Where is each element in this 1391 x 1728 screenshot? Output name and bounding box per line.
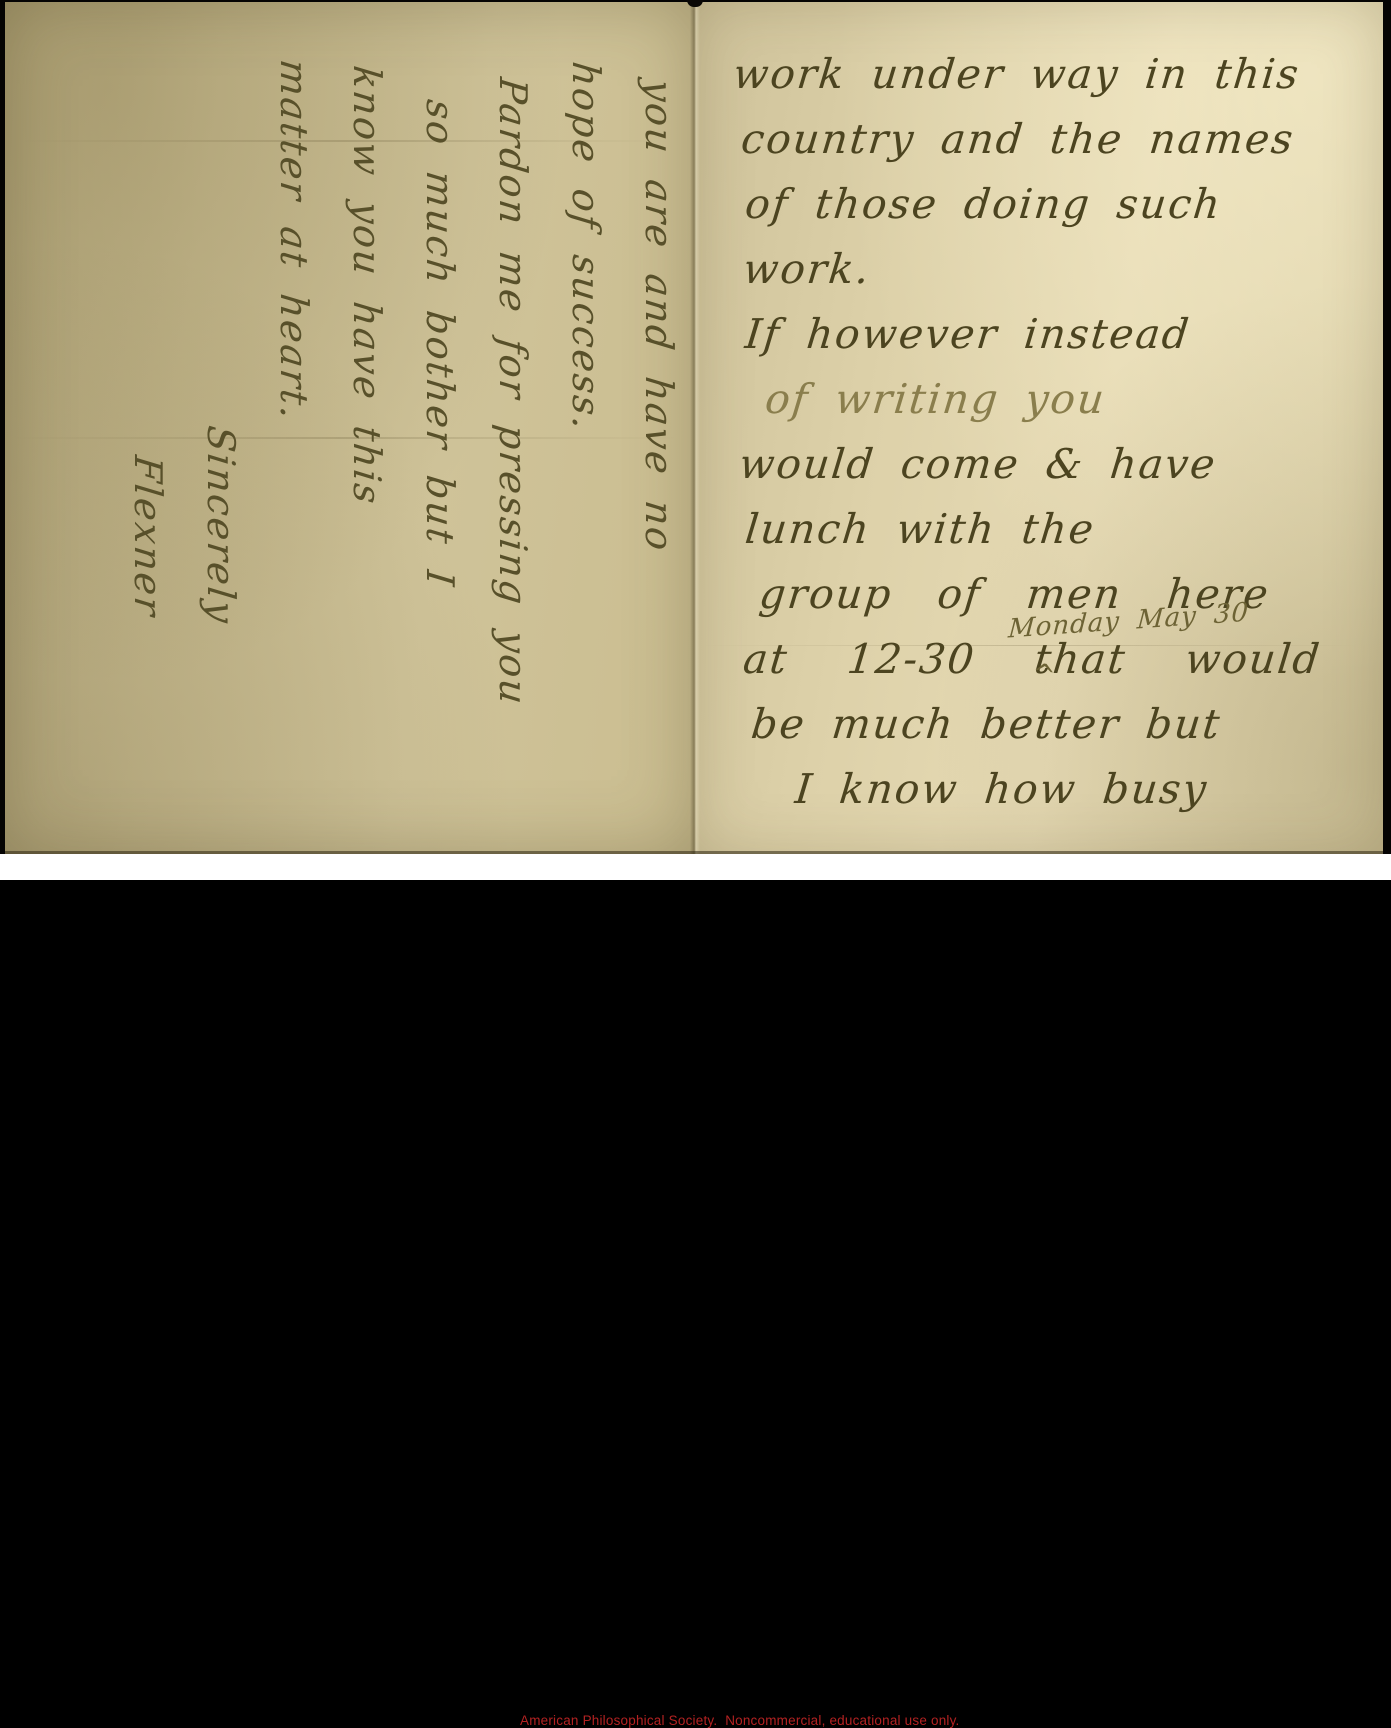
- handwritten-line: of writing you: [762, 367, 1391, 432]
- handwritten-line: know you have this: [330, 62, 403, 838]
- signature: Flexner: [111, 452, 184, 838]
- right-page-handwriting: work under way in this country and the n…: [700, 42, 1388, 822]
- handwritten-line: lunch with the: [742, 497, 1391, 562]
- handwritten-line: of those doing such: [742, 172, 1391, 237]
- handwritten-line: you are and have no: [622, 76, 695, 838]
- handwritten-line: If however instead: [742, 302, 1391, 367]
- handwritten-line: work under way in this: [730, 42, 1391, 107]
- letter-scan: you are and have no hope of success. Par…: [0, 0, 1391, 880]
- handwritten-line: be much better but: [748, 692, 1391, 757]
- insertion-caret-mark: ^: [1030, 657, 1058, 693]
- handwritten-line: hope of success.: [549, 58, 622, 838]
- left-page-handwriting: you are and have no hope of success. Par…: [95, 50, 695, 830]
- handwritten-line: so much bother but I: [403, 96, 476, 838]
- closing-sincerely: Sincerely: [184, 422, 257, 838]
- handwritten-line: country and the names: [738, 107, 1391, 172]
- handwritten-line: work.: [740, 237, 1391, 302]
- handwritten-line: matter at heart.: [257, 56, 330, 838]
- handwritten-line: Pardon me for pressing you: [476, 74, 549, 838]
- caption-strip: American Philosophical Society. Noncomme…: [0, 854, 1391, 880]
- handwritten-line: would come & have: [736, 432, 1391, 497]
- handwritten-line: I know how busy: [792, 757, 1391, 822]
